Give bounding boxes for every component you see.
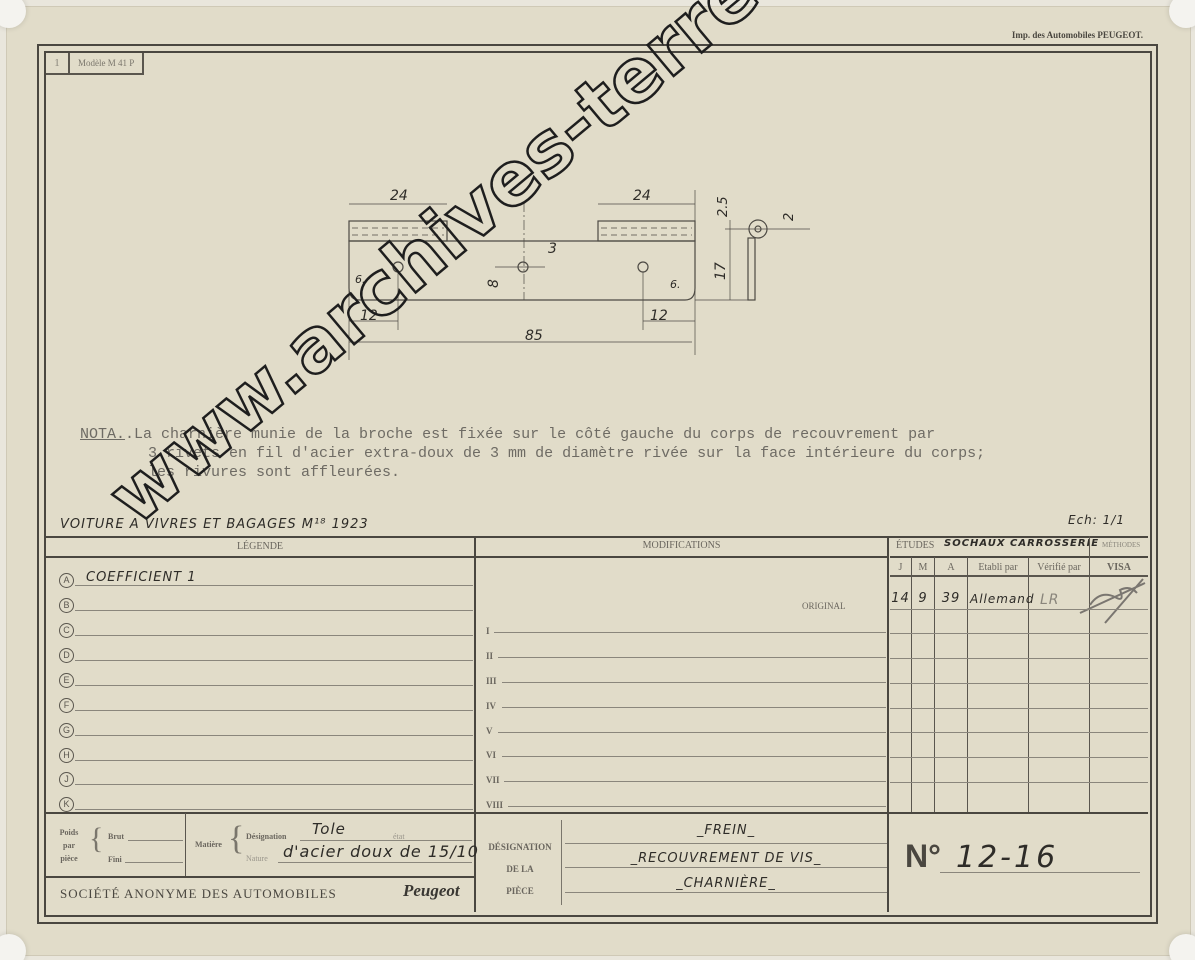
legende-letter: H [59, 748, 74, 763]
modification-line [502, 707, 886, 708]
legende-letter: K [59, 797, 74, 812]
col-divider [967, 557, 968, 812]
modification-row-label: V [486, 726, 493, 736]
dim-right-offset: 12 [650, 308, 668, 324]
modification-line [498, 732, 886, 733]
legende-line [75, 710, 473, 711]
legende-title: LÉGENDE [46, 541, 474, 552]
legende-line [75, 735, 473, 736]
dim-hole-height: 8 [486, 279, 502, 288]
modification-line [502, 682, 886, 683]
dim-radius-right: 6. [670, 278, 681, 291]
entry-month: 9 [912, 591, 934, 606]
designation-rule [565, 892, 887, 893]
nota-text: NOTA..La charnière munie de la broche es… [80, 425, 985, 482]
modification-row-label: VII [486, 775, 500, 785]
brace-icon: { [89, 822, 103, 856]
designation-line-1: _FREIN_ [565, 823, 887, 838]
designation-value: Tole [312, 820, 346, 838]
legende-line [75, 784, 473, 785]
visa-signature-icon [1075, 575, 1150, 625]
designation-piece-label: DÉSIGNATIONDE LAPIÈCE [476, 836, 564, 902]
table-header-border [46, 556, 888, 558]
entry-day: 14 [890, 591, 911, 606]
modification-line [508, 806, 886, 807]
legende-letter: G [59, 723, 74, 738]
vehicle-title: VOITURE A VIVRES ET BAGAGES M¹⁸ 1923 [60, 517, 369, 532]
modification-line [494, 632, 886, 633]
legende-value: COEFFICIENT 1 [86, 570, 197, 585]
legende-letter: F [59, 698, 74, 713]
dim-radius-left: 6. [355, 273, 366, 286]
printer-imprint: Imp. des Automobiles PEUGEOT. [1012, 30, 1143, 40]
poids-label: Poidsparpièce [52, 826, 86, 865]
legende-line [75, 809, 473, 810]
etudes-row-line [890, 708, 1148, 709]
modification-row-label: III [486, 676, 497, 686]
nature-label: Nature [246, 854, 268, 863]
legende-line [75, 585, 473, 586]
etudes-row-line [890, 609, 1148, 610]
bottom-section-border [46, 812, 1148, 814]
brace-icon: { [228, 820, 244, 858]
etudes-row-line [890, 732, 1148, 733]
etudes-department: SOCHAUX CARROSSERIE [944, 538, 1099, 549]
divider-modifications [887, 536, 889, 912]
modification-row-label: VI [486, 750, 496, 760]
modification-row-label: II [486, 651, 493, 661]
scale-label: Ech: 1/1 [1068, 513, 1125, 527]
legende-letter: D [59, 648, 74, 663]
legende-line [75, 610, 473, 611]
designation-line-3: _CHARNIÈRE_ [565, 876, 887, 891]
etudes-header-border [890, 556, 1148, 558]
etudes-row-line [890, 782, 1148, 783]
fini-label: Fini [108, 855, 122, 864]
dim-pin-diameter: 2 [782, 213, 797, 221]
number-field-line [940, 872, 1140, 873]
modifications-title: MODIFICATIONS [476, 540, 887, 551]
dim-right-tab: 24 [633, 188, 651, 204]
designation-field-line [300, 840, 472, 841]
etudes-row-line [890, 683, 1148, 684]
legende-letter: E [59, 673, 74, 688]
brut-field-line [128, 840, 183, 841]
fini-field-line [125, 862, 183, 863]
dim-tab-height: 2.5 [716, 196, 731, 217]
model-label: Modèle M 41 P [70, 53, 142, 73]
nature-value: d'acier doux de 15/10 [283, 842, 479, 861]
model-box: 1 Modèle M 41 P [46, 53, 144, 75]
legende-line [75, 635, 473, 636]
dim-hole-diameter: 3 [548, 241, 557, 257]
legende-line [75, 760, 473, 761]
col-header-verifie: Vérifié par [1029, 562, 1089, 573]
col-header-a: A [935, 562, 967, 573]
modification-row-label: IV [486, 701, 496, 711]
dim-total-length: 85 [525, 328, 543, 344]
legende-letter: C [59, 623, 74, 638]
methodes-label: MÉTHODES [1102, 541, 1140, 549]
col-header-visa: VISA [1090, 562, 1148, 573]
etudes-title: ÉTUDES [896, 540, 934, 551]
legende-letter: A [59, 573, 74, 588]
modification-line [502, 756, 886, 757]
modification-row-label: I [486, 626, 490, 636]
dim-left-offset: 12 [360, 308, 378, 324]
designation-bracket [561, 820, 562, 905]
company-name: SOCIÉTÉ ANONYME DES AUTOMOBILES [60, 886, 337, 902]
designation-line-2: _RECOUVREMENT DE VIS_ [565, 851, 887, 866]
designation-label: Désignation [246, 832, 286, 841]
sheet-number: 1 [46, 53, 70, 73]
col-header-m: M [912, 562, 934, 573]
legende-letter: J [59, 772, 74, 787]
dim-body-height: 17 [713, 262, 729, 280]
legende-line [75, 660, 473, 661]
modification-row-label: VIII [486, 800, 503, 810]
part-drawing: 24 24 3 8 6. 6. 12 12 85 2.5 17 2 [330, 180, 810, 370]
etudes-row-line [890, 658, 1148, 659]
matiere-label: Matière [195, 840, 222, 849]
modification-line [504, 781, 886, 782]
entry-etabli-par: Allemand [970, 592, 1035, 606]
legende-letter: B [59, 598, 74, 613]
entry-year: 39 [935, 591, 967, 606]
company-border [46, 876, 474, 878]
poids-divider [185, 813, 186, 876]
nota-label: NOTA. [80, 426, 125, 443]
part-number-value: 12-16 [956, 840, 1058, 875]
etudes-row-line [890, 633, 1148, 634]
col-header-etabli: Etabli par [968, 562, 1028, 573]
col-header-j: J [890, 562, 911, 573]
nature-field-line [278, 862, 472, 863]
brut-label: Brut [108, 832, 124, 841]
number-prefix: N° [905, 838, 941, 875]
etudes-row-line [890, 757, 1148, 758]
designation-rule [565, 843, 887, 844]
modification-line [498, 657, 886, 658]
entry-verifie-par: LR [1040, 592, 1060, 608]
designation-rule [565, 867, 887, 868]
peugeot-logo: Peugeot [403, 881, 460, 901]
legende-line [75, 685, 473, 686]
original-label: ORIGINAL [802, 601, 846, 611]
dim-left-tab: 24 [390, 188, 408, 204]
